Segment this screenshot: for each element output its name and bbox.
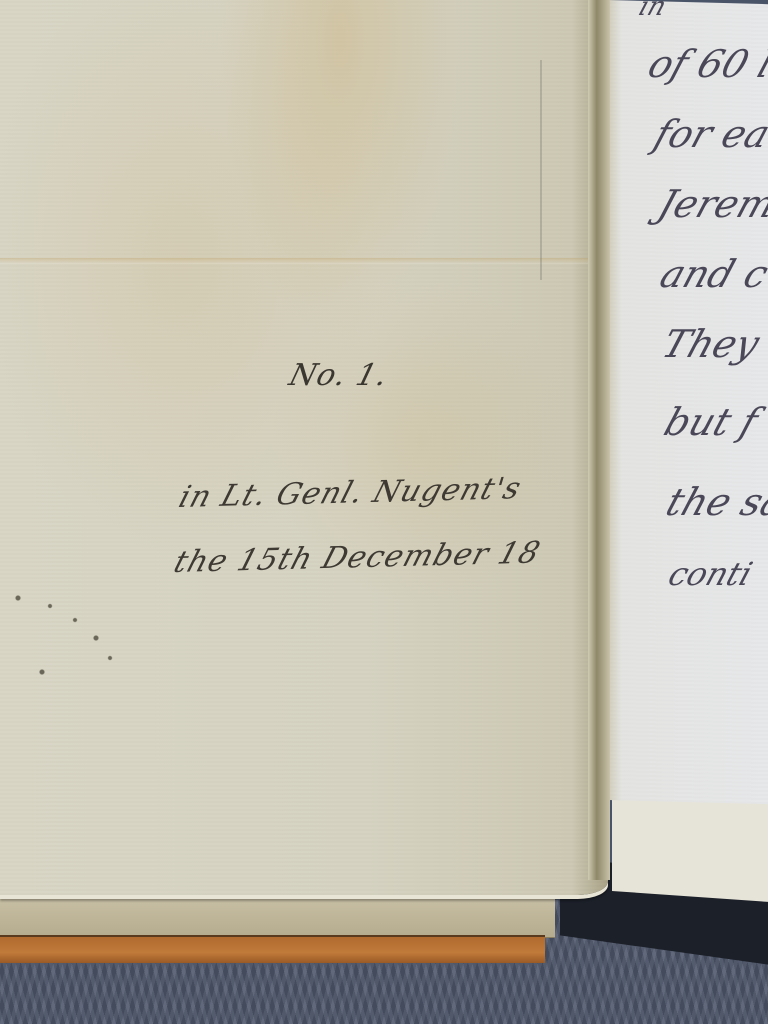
right-line: the sa xyxy=(661,480,768,524)
document-photo: in of 60 l for ea Jerem and c They but f… xyxy=(0,0,768,1024)
right-line: of 60 l xyxy=(643,42,768,86)
right-page-text: in of 60 l for ea Jerem and c They but f… xyxy=(610,0,768,800)
endorsement-line-2: the 15th December 18 xyxy=(170,536,545,580)
right-line: but f xyxy=(659,400,764,444)
right-line: They xyxy=(657,322,765,366)
book-cover-edge xyxy=(0,935,545,963)
endorsement-line-1: in Lt. Genl. Nugent's xyxy=(175,471,526,515)
document-number: No. 1. xyxy=(285,358,392,393)
right-line: conti xyxy=(664,555,757,593)
book-page-block xyxy=(0,895,555,938)
right-line: in xyxy=(635,0,670,22)
right-line: and c xyxy=(655,252,768,296)
book-gutter xyxy=(588,0,610,880)
right-line: Jerem xyxy=(653,182,768,226)
right-line: for ea xyxy=(649,112,768,156)
left-page: No. 1. in Lt. Genl. Nugent's the 15th De… xyxy=(0,0,608,895)
